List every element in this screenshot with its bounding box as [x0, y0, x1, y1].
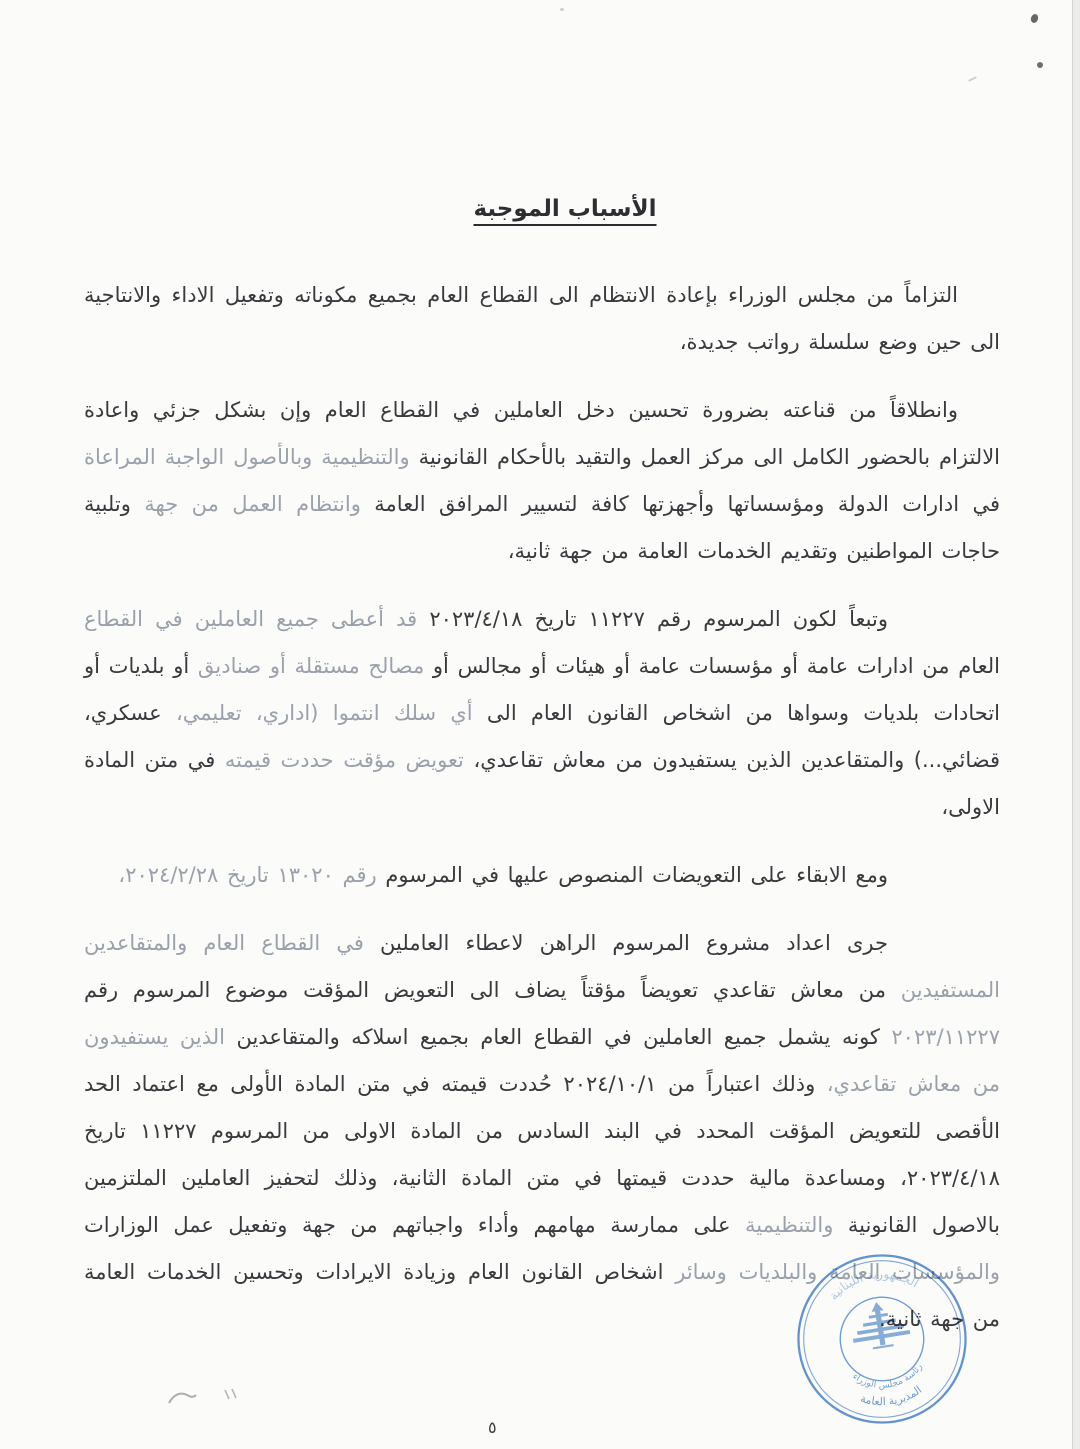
- scan-speck: [560, 8, 564, 11]
- paragraph-text: العام من ادارات عامة أو مؤسسات عامة أو ه…: [424, 654, 1000, 678]
- document-page: الأسباب الموجبة التزاماً من مجلس الوزراء…: [0, 0, 1080, 1449]
- paragraph-text: التزاماً من مجلس الوزراء بإعادة الانتظام…: [84, 283, 1000, 354]
- document-body: التزاماً من مجلس الوزراء بإعادة الانتظام…: [84, 272, 1000, 1343]
- paragraph-text-faded: رقم ١٣٠٢٠ تاريخ ٢٠٢٤/٢/٢٨،: [118, 863, 376, 887]
- document-title: الأسباب الموجبة: [107, 196, 1023, 222]
- paragraph-text-faded: وانتظام العمل من جهة: [144, 492, 361, 516]
- paragraph: ومع الابقاء على التعويضات المنصوص عليها …: [84, 852, 1000, 899]
- paragraph-text-faded: مصالح مستقلة أو صناديق: [198, 654, 424, 678]
- pencil-scribble: [163, 1381, 253, 1415]
- scan-edge-line: [1072, 0, 1073, 1449]
- document-content: الأسباب الموجبة التزاماً من مجلس الوزراء…: [0, 0, 1080, 1343]
- paragraph-text-faded: ٢٠٢٣/١١٢٢٧: [891, 1025, 1000, 1049]
- cedar-tree-icon: [848, 1298, 912, 1351]
- paragraph-text: في ادارات الدولة ومؤسساتها وأجهزتها كافة…: [361, 492, 1000, 516]
- paragraph-text-faded: قد أعطى جميع العاملين في القطاع: [84, 607, 417, 631]
- paragraph: التزاماً من مجلس الوزراء بإعادة الانتظام…: [84, 272, 1000, 366]
- paragraph-text: وتبعاً لكون المرسوم رقم ١١٢٢٧ تاريخ ٢٠٢٣…: [417, 607, 888, 631]
- official-stamp: الجمهورية اللبنانية رئاسة مجلس الوزراء ا…: [782, 1239, 981, 1438]
- scan-edge: [1073, 0, 1080, 1449]
- paragraph-text: كونه يشمل جميع العاملين في القطاع العام …: [225, 1025, 891, 1049]
- paragraph-text: على ممارسة مهامهم وأداء واجباتهم من جهة …: [84, 1213, 745, 1237]
- paragraph-text-faded: تعويض مؤقت حددت قيمته: [225, 748, 464, 772]
- paragraph-text: جرى اعداد مشروع المرسوم الراهن لاعطاء ال…: [364, 931, 888, 955]
- paragraph-text-faded: أي سلك انتموا (اداري، تعليمي،: [176, 701, 473, 725]
- paragraph: وتبعاً لكون المرسوم رقم ١١٢٢٧ تاريخ ٢٠٢٣…: [84, 596, 1000, 831]
- scan-speck: [1037, 62, 1043, 68]
- paragraph-text-faded: والتنظيمية: [745, 1213, 833, 1237]
- paragraph-text: ومع الابقاء على التعويضات المنصوص عليها …: [377, 863, 888, 887]
- paragraph-text: من معاش تقاعدي تعويضاً مؤقتاً يضاف الى ا…: [84, 978, 901, 1002]
- paragraph: وانطلاقاً من قناعته بضرورة تحسين دخل الع…: [84, 387, 1000, 575]
- paragraph-text-faded: والتنظيمية وبالأصول الواجبة المراعاة: [84, 445, 410, 469]
- page-number: ٥: [488, 1418, 497, 1437]
